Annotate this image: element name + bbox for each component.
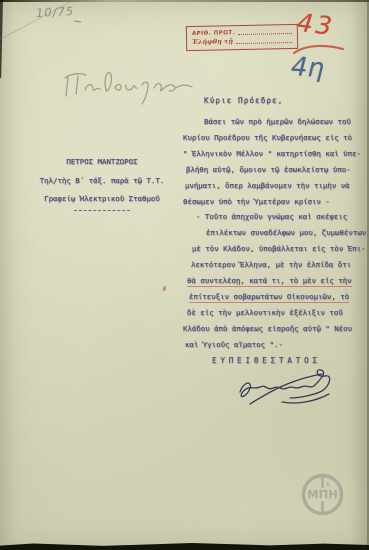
watermark-monogram: ΜΠΗ <box>307 488 338 502</box>
registry-stamp: ΑΡΙΘ. ΠΡΩΤ. Ἐλήφθη τῇ <box>186 24 298 51</box>
stamp-dotted-leader <box>236 40 292 44</box>
stamp-received-row: Ἐλήφθη τῇ <box>192 36 293 46</box>
watermark-small-glyph: ε <box>327 481 331 489</box>
scanned-letter-page: { "annotations": { "archive_number": "10… <box>0 0 369 550</box>
typed-line: μὲ τὸν Κλάδον, ὑποβάλλεται εἰς τὸν Ἐπι- <box>192 241 361 257</box>
typed-line: ἐπιλέκτων συναδέλφων μου, ζυμωθέντων <box>206 225 361 241</box>
typed-line-text: - Τοῦτο ἀπηχοῦν γνώμας καὶ σκέψεις <box>196 212 347 221</box>
typed-line: ἐπίτευξιν σοβαρωτάτων Οἰκονομιῶν, τὸ <box>189 289 361 305</box>
pencil-scribble-annotation <box>55 60 200 108</box>
typed-line-text: βλήθη αὐτῷ, ὅμοιον τῷ ἐσωκλείστῳ ὑπο- <box>186 165 351 174</box>
stamp-received-label: Ἐλήφθη τῇ <box>192 37 233 46</box>
sender-line: Τηλ/τὴς Β΄ τάξ. παρὰ τῷ Τ.Τ. <box>34 172 170 191</box>
stamp-dotted-leader <box>238 31 292 35</box>
pencil-dash-mark <box>74 21 81 23</box>
typed-line-text: μὲ τὸν Κλάδον, ὑποβάλλεται εἰς τὸν Ἐπι- <box>192 244 366 253</box>
typed-line: - Τοῦτο ἀπηχοῦν γνώμας καὶ σκέψεις <box>196 209 361 225</box>
paper-edge-top <box>0 0 369 2</box>
archive-watermark-seal: ΜΠΗ ε <box>299 471 346 518</box>
typed-line: καὶ Ὑγιοῦς αἵματος ".- <box>185 337 361 353</box>
typed-line: θέσωμεν ὑπὸ τὴν Ὑμετέραν κρίσιν - <box>183 194 361 210</box>
typed-line: Βάσει τῶν πρὸ ἡμερῶν δηλώσεων τοῦ <box>204 114 361 130</box>
salutation: Κύριε Πρόεδρε, <box>204 96 283 105</box>
sender-line: ΠΕΤΡΟΣ ΜΑΝΤΖΩΡΟΣ <box>34 153 170 172</box>
typed-line-text: " Ἑλληνικὸν Μέλλον " κατηρτίσθη καὶ ὑπε- <box>183 149 361 158</box>
signature-scribble <box>226 364 342 414</box>
typed-line-text: λεκτότερον Ἕλληνα, μὲ τὴν ἐλπίδα ὅτι <box>191 260 351 269</box>
blue-handwritten-mark: 4η <box>290 52 325 84</box>
sender-lines: ΠΕΤΡΟΣ ΜΑΝΤΖΩΡΟΣΤηλ/τὴς Β΄ τάξ. παρὰ τῷ … <box>34 153 170 209</box>
typed-line: λεκτότερον Ἕλληνα, μὲ τὴν ἐλπίδα ὅτι <box>191 257 361 273</box>
typed-line-text: ἐπιλέκτων συναδέλφων μου, ζυμωθέντων <box>206 228 366 237</box>
typed-line-text: θὰ συντελέσῃ, κατά τι, τὸ μὲν εἰς τὴν <box>187 276 352 287</box>
stamp-protocol-label: ΑΡΙΘ. ΠΡΩΤ. <box>192 30 235 37</box>
typed-line-text: μνήματι, ὅπερ λαμβάνομεν τὴν τιμὴν νὰ <box>185 181 350 190</box>
typed-line: Κλάδου ἀπὸ ἀπόψεως εἰσροῆς αὐτῷ " Νέου <box>183 321 361 337</box>
sender-line: Γραφείῳ Ἠλεκτρικοῦ Σταθμοῦ <box>34 190 170 209</box>
typed-line-text: ἐπίτευξιν σοβαρωτάτων Οἰκονομιῶν, τὸ <box>189 292 349 303</box>
red-margin-mark <box>162 286 166 292</box>
typed-line-text: Κλάδου ἀπὸ ἀπόψεως εἰσροῆς αὐτῷ " Νέου <box>183 324 352 333</box>
paper-edge-bottom <box>0 542 369 550</box>
typed-line-text: δὲ εἰς τὴν μελλοντικὴν ἐξέλιξιν τοῦ <box>187 308 343 317</box>
typed-line: δὲ εἰς τὴν μελλοντικὴν ἐξέλιξιν τοῦ <box>187 305 361 321</box>
typed-line-text: Βάσει τῶν πρὸ ἡμερῶν δηλώσεων τοῦ <box>204 117 351 126</box>
typed-line: " Ἑλληνικὸν Μέλλον " κατηρτίσθη καὶ ὑπε- <box>183 146 361 162</box>
typed-line-text: θέσωμεν ὑπὸ τὴν Ὑμετέραν κρίσιν - <box>183 197 330 206</box>
red-handwritten-number: 43 <box>295 8 336 41</box>
typed-line: μνήματι, ὅπερ λαμβάνομεν τὴν τιμὴν νὰ <box>185 178 361 194</box>
typed-line: Κυρίου Προέδρου τῆς Κυβερνήσεως εἰς τὸ <box>183 130 361 146</box>
pencil-archive-number: 10/75 <box>36 4 75 20</box>
letter-body: Βάσει τῶν πρὸ ἡμερῶν δηλώσεων τοῦΚυρίου … <box>183 114 361 353</box>
sender-block: ΠΕΤΡΟΣ ΜΑΝΤΖΩΡΟΣΤηλ/τὴς Β΄ τάξ. παρὰ τῷ … <box>34 153 170 211</box>
typed-line-text: Κυρίου Προέδρου τῆς Κυβερνήσεως εἰς τὸ <box>183 133 352 142</box>
typed-line: βλήθη αὐτῷ, ὅμοιον τῷ ἐσωκλείστῳ ὑπο- <box>186 162 361 178</box>
sender-dashed-rule <box>74 210 130 211</box>
typed-line: θὰ συντελέσῃ, κατά τι, τὸ μὲν εἰς τὴν <box>187 273 361 289</box>
typed-line-text: καὶ Ὑγιοῦς αἵματος ".- <box>185 340 283 349</box>
